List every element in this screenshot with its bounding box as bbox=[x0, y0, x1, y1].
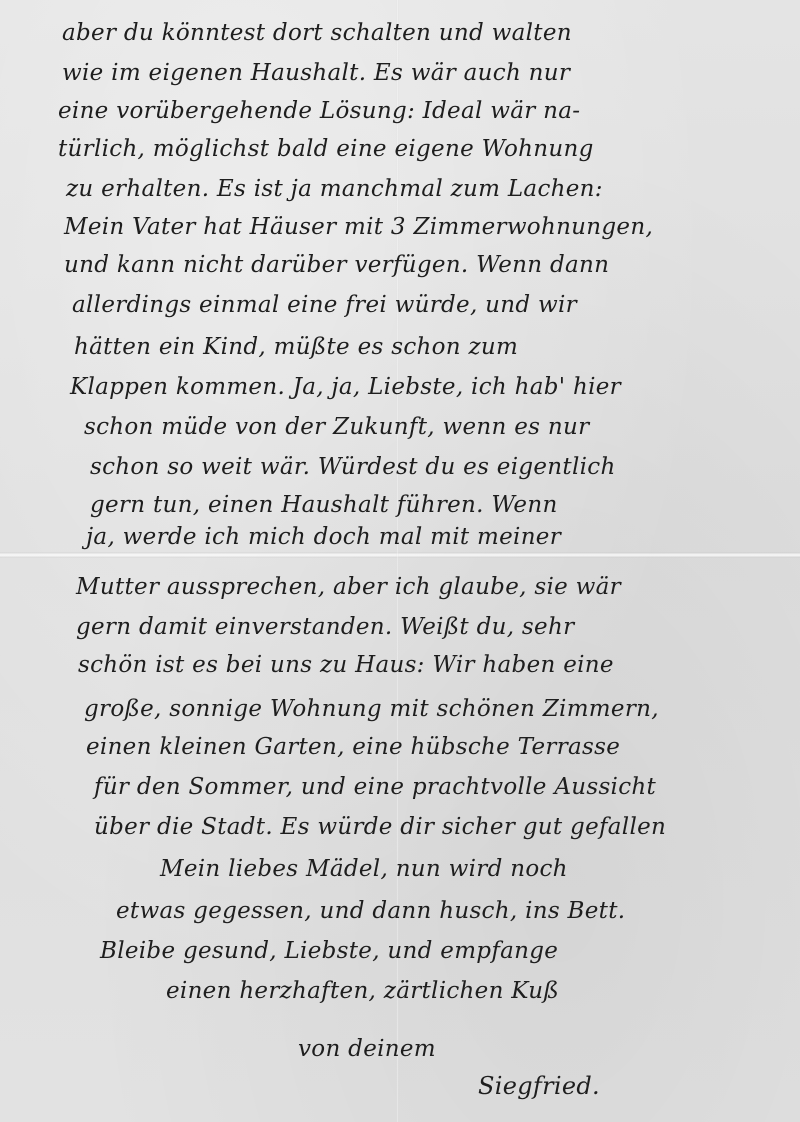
letter-line-23: etwas gegessen, und dann husch, ins Bett… bbox=[116, 898, 625, 924]
letter-line-22: Mein liebes Mädel, nun wird noch bbox=[160, 856, 568, 882]
letter-line-10: Klappen kommen. Ja, ja, Liebste, ich hab… bbox=[70, 374, 621, 400]
paper-fold-horizontal bbox=[0, 552, 800, 558]
letter-line-21: über die Stadt. Es würde dir sicher gut … bbox=[94, 814, 666, 840]
letter-line-5: zu erhalten. Es ist ja manchmal zum Lach… bbox=[66, 176, 603, 202]
letter-line-16: gern damit einverstanden. Weißt du, sehr bbox=[76, 614, 574, 640]
letter-line-9: hätten ein Kind, müßte es schon zum bbox=[74, 334, 518, 360]
letter-line-13: gern tun, einen Haushalt führen. Wenn bbox=[90, 492, 558, 518]
letter-line-11: schon müde von der Zukunft, wenn es nur bbox=[84, 414, 589, 440]
letter-line-19: einen kleinen Garten, eine hübsche Terra… bbox=[86, 734, 620, 760]
letter-signature: Siegfried. bbox=[478, 1072, 600, 1100]
letter-line-4: türlich, möglichst bald eine eigene Wohn… bbox=[58, 136, 594, 162]
letter-line-17: schön ist es bei uns zu Haus: Wir haben … bbox=[78, 652, 614, 678]
letter-line-6: Mein Vater hat Häuser mit 3 Zimmerwohnun… bbox=[64, 214, 653, 240]
letter-line-25: einen herzhaften, zärtlichen Kuß bbox=[166, 978, 559, 1004]
letter-line-3: eine vorübergehende Lösung: Ideal wär na… bbox=[58, 98, 580, 124]
letter-page: aber du könntest dort schalten und walte… bbox=[0, 0, 800, 1122]
letter-line-8: allerdings einmal eine frei würde, und w… bbox=[72, 292, 577, 318]
letter-line-15: Mutter aussprechen, aber ich glaube, sie… bbox=[76, 574, 621, 600]
letter-line-24: Bleibe gesund, Liebste, und empfange bbox=[100, 938, 558, 964]
letter-line-20: für den Sommer, und eine prachtvolle Aus… bbox=[94, 774, 656, 800]
letter-closing: von deinem bbox=[298, 1036, 436, 1062]
letter-line-7: und kann nicht darüber verfügen. Wenn da… bbox=[64, 252, 609, 278]
letter-line-1: aber du könntest dort schalten und walte… bbox=[62, 20, 702, 46]
letter-line-2: wie im eigenen Haushalt. Es wär auch nur bbox=[62, 60, 570, 86]
letter-line-12: schon so weit wär. Würdest du es eigentl… bbox=[90, 454, 616, 480]
letter-line-18: große, sonnige Wohnung mit schönen Zimme… bbox=[84, 696, 659, 722]
letter-line-14: ja, werde ich mich doch mal mit meiner bbox=[86, 524, 561, 550]
